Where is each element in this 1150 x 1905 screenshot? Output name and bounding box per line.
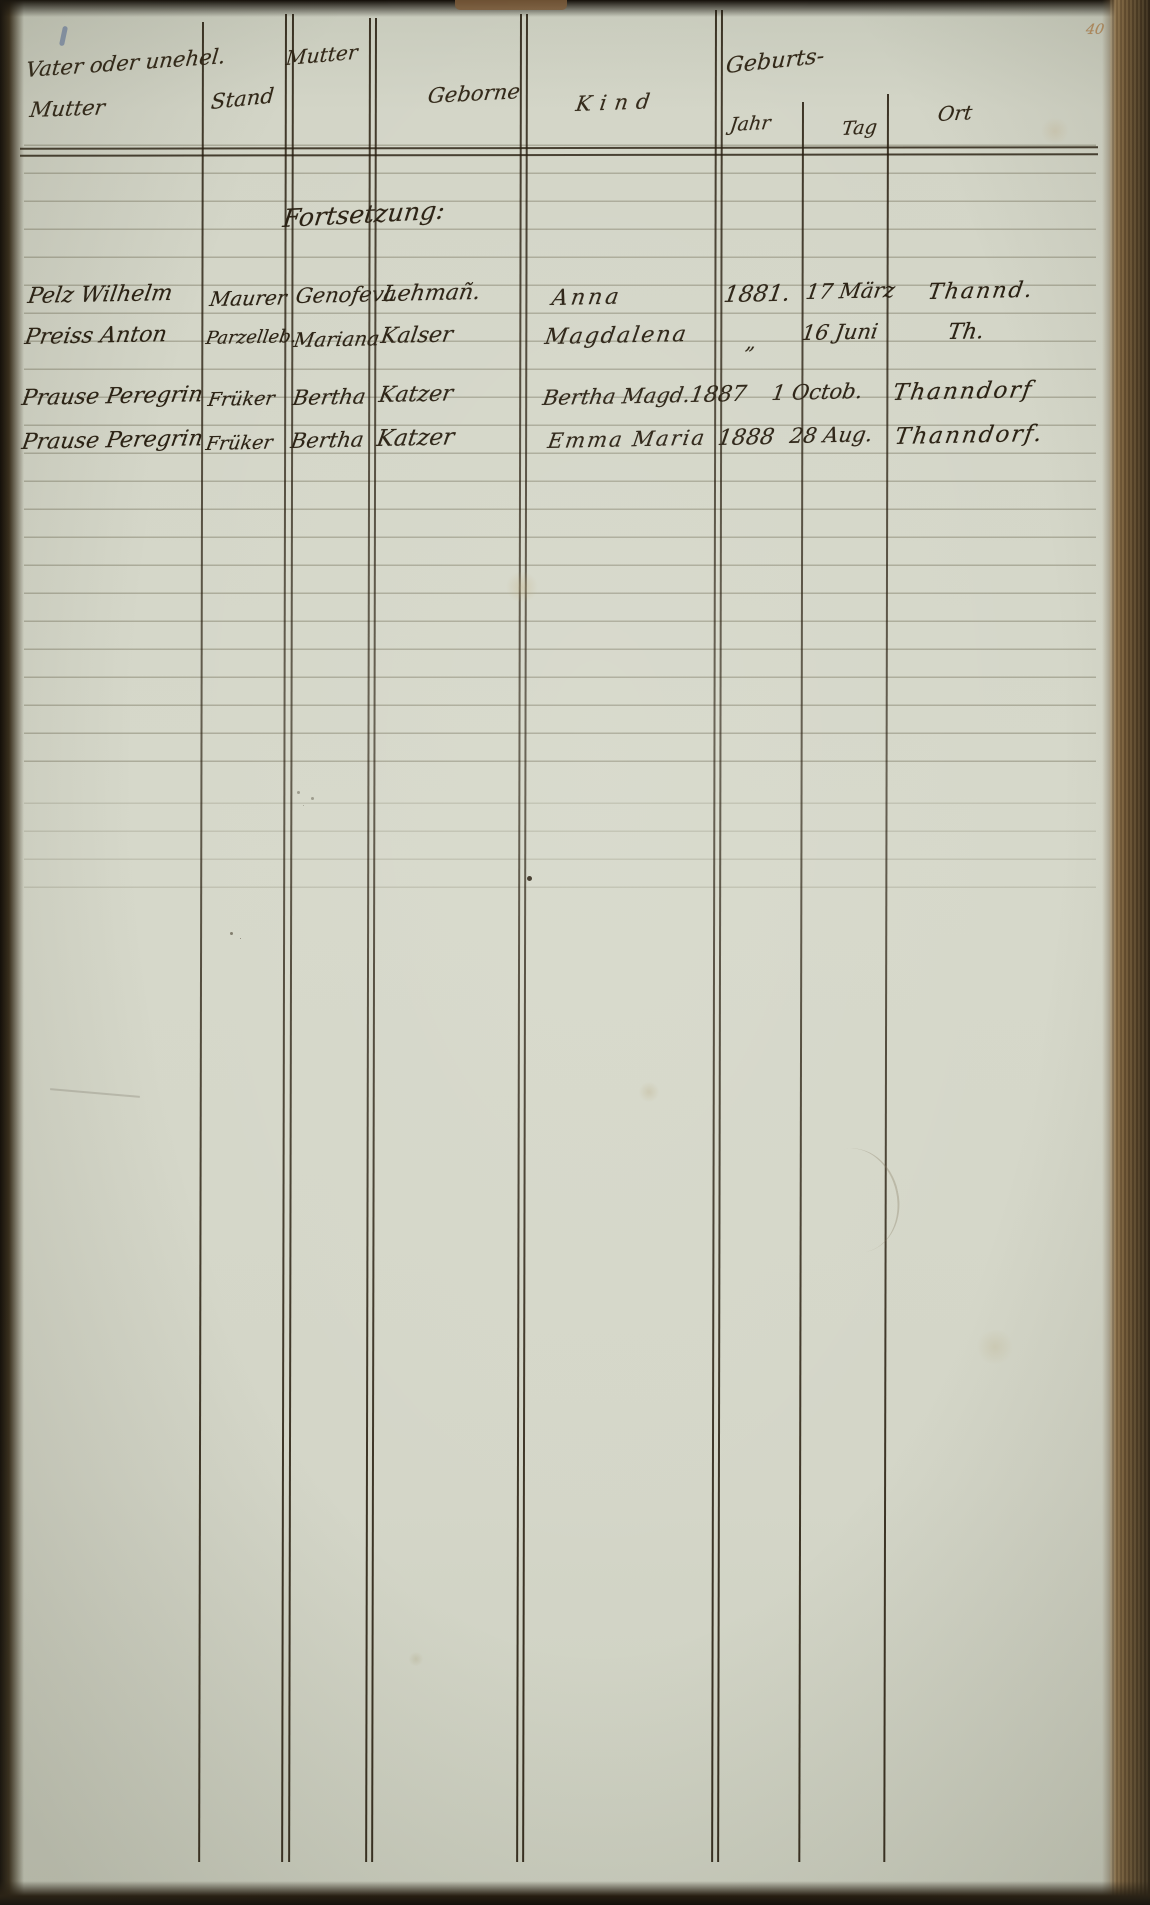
cell-stand: Maurer	[208, 285, 288, 311]
cell-geborne: Kalser	[379, 323, 455, 349]
cell-jahr: 1881.	[722, 281, 792, 308]
cell-kind: Emma Maria	[546, 426, 708, 453]
page-stack-streaks	[1110, 0, 1150, 1905]
book-top-edge	[0, 0, 1150, 17]
cell-ort: Thanndorf	[891, 377, 1035, 406]
cell-tag: 17 März	[804, 278, 897, 304]
header-kind: Kind	[574, 89, 659, 116]
cell-geborne: Katzer	[375, 424, 456, 452]
header-jahr: Jahr	[729, 112, 772, 136]
book-bottom-edge	[0, 1881, 1150, 1905]
cell-mutter: Bertha	[289, 427, 365, 453]
cell-vater: Pelz Wilhelm	[26, 281, 174, 309]
cell-stand: Parzelleb.	[204, 326, 298, 349]
cell-kind: Anna	[550, 285, 623, 311]
cell-stand: Früker	[206, 388, 276, 411]
cell-mutter: Mariana	[292, 326, 381, 352]
cell-vater: Prause Peregrin	[20, 382, 205, 411]
cell-ort: Th.	[946, 319, 986, 345]
cell-ort: Thanndorf.	[893, 421, 1046, 450]
cell-ort: Thannd.	[926, 278, 1036, 305]
header-ort: Ort	[937, 100, 974, 126]
cell-vater: Preiss Anton	[23, 322, 169, 350]
cell-mutter: Bertha	[291, 384, 367, 410]
cell-tag: 1 Octob.	[770, 379, 864, 405]
cell-tag: 28 Aug.	[788, 422, 874, 448]
cell-kind: Bertha Magd.	[541, 383, 692, 410]
header-geborne: Geborne	[427, 79, 522, 108]
cell-stand: Früker	[204, 432, 274, 455]
register-page-scan: Vater oder unehel. Mutter Stand Mutter G…	[0, 0, 1150, 1905]
cell-vater: Prause Peregrin	[20, 426, 205, 455]
cell-tag: 16 Juni	[800, 319, 880, 345]
book-headband	[455, 0, 567, 10]
cell-geborne: Katzer	[377, 381, 455, 408]
cell-kind: Magdalena	[543, 322, 690, 350]
header-tag: Tag	[841, 116, 879, 140]
cell-jahr: 1888	[716, 425, 776, 451]
book-binding-left-edge	[0, 0, 24, 1905]
cell-jahr: 1887	[688, 382, 748, 408]
header-vater-line2: Mutter	[28, 95, 106, 122]
cell-geborne: Lehmañ.	[381, 280, 482, 307]
